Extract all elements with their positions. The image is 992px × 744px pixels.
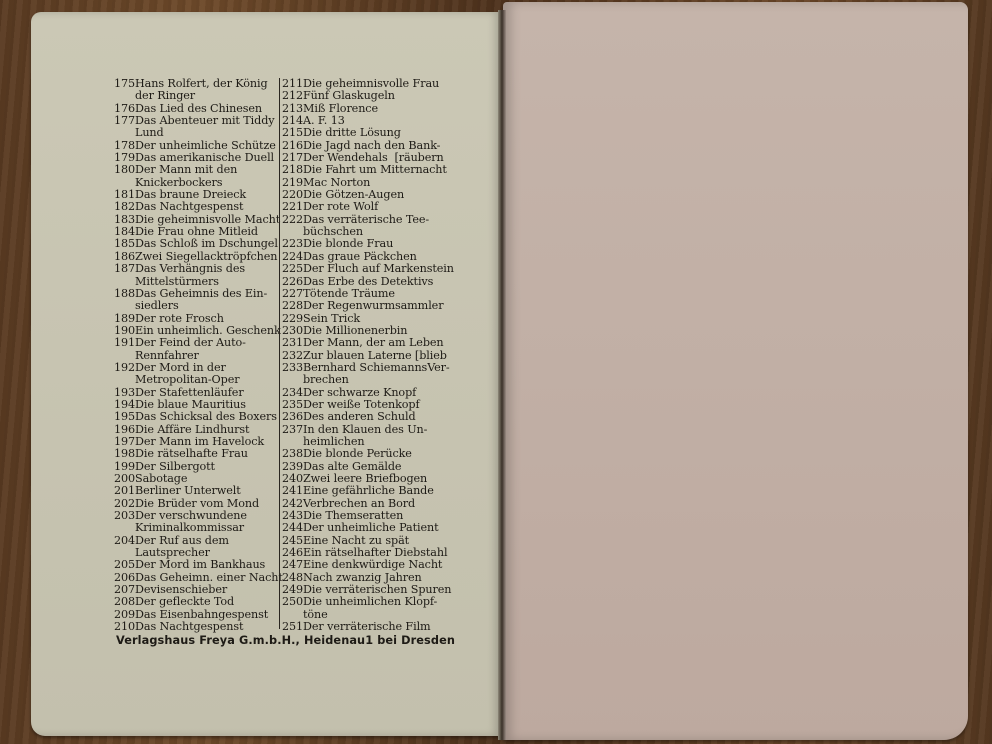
title-list-column-left: 175Hans Rolfert, der Königder Ringer176D… [114, 78, 278, 633]
volume-number: 185 [114, 238, 135, 250]
volume-title: Eine denkwürdige Nacht [303, 559, 454, 571]
list-item: 212Fünf Glaskugeln [282, 90, 454, 102]
list-item: 198Die rätselhafte Frau [114, 448, 278, 460]
volume-title: Die blonde Frau [303, 238, 454, 250]
volume-title-continuation: Lund [114, 127, 278, 139]
publisher-imprint: Verlagshaus Freya G.m.b.H., Heidenau1 be… [116, 634, 456, 647]
volume-title: Die unheimlichen Klopf- [303, 596, 454, 608]
volume-number: 192 [114, 362, 135, 374]
volume-number: 241 [282, 485, 303, 497]
list-item: 182Das Nachtgespenst [114, 201, 278, 213]
volume-title: Der Fluch auf Markenstein [303, 263, 454, 275]
list-item: 228Der Regenwurmsammler [282, 300, 454, 312]
list-item: 236Des anderen Schuld [282, 411, 454, 423]
book-gutter [498, 10, 506, 740]
volume-number: 221 [282, 201, 303, 213]
list-item: 247Eine denkwürdige Nacht [282, 559, 454, 571]
volume-title: Der Mord im Bankhaus [135, 559, 278, 571]
list-item: 201Berliner Unterwelt [114, 485, 278, 497]
list-item: 226Das Erbe des Detektivs [282, 276, 454, 288]
list-item: 210Das Nachtgespenst [114, 621, 278, 633]
volume-title-continuation: Kriminalkommissar [114, 522, 278, 534]
list-item: 208Der gefleckte Tod [114, 596, 278, 608]
volume-number: 212 [282, 90, 303, 102]
volume-number: 223 [282, 238, 303, 250]
list-item: 180Der Mann mit den [114, 164, 278, 176]
volume-number: 175 [114, 78, 135, 90]
volume-number: 208 [114, 596, 135, 608]
volume-number: 187 [114, 263, 135, 275]
list-item: 225Der Fluch auf Markenstein [282, 263, 454, 275]
volume-number: 225 [282, 263, 303, 275]
volume-number: 237 [282, 424, 303, 436]
list-item: 231Der Mann, der am Leben [282, 337, 454, 349]
volume-title: Eine gefährliche Bande [303, 485, 454, 497]
volume-title: Fünf Glaskugeln [303, 90, 454, 102]
volume-title: Das Erbe des Detektivs [303, 276, 454, 288]
volume-title: Die rätselhafte Frau [135, 448, 278, 460]
volume-number: 228 [282, 300, 303, 312]
volume-title: Der verräterische Film [303, 621, 454, 633]
volume-title: Der gefleckte Tod [135, 596, 278, 608]
volume-number: 231 [282, 337, 303, 349]
volume-number: 177 [114, 115, 135, 127]
list-item: 205Der Mord im Bankhaus [114, 559, 278, 571]
volume-number: 236 [282, 411, 303, 423]
volume-title-continuation: brechen [282, 374, 454, 386]
volume-number: 210 [114, 621, 135, 633]
volume-title: Der unheimliche Patient [303, 522, 454, 534]
volume-title-continuation: Mittelstürmers [114, 276, 278, 288]
volume-number: 238 [282, 448, 303, 460]
list-item: 215Die dritte Lösung [282, 127, 454, 139]
volume-number: 222 [282, 214, 303, 226]
volume-number: 233 [282, 362, 303, 374]
volume-number: 215 [282, 127, 303, 139]
volume-number: 182 [114, 201, 135, 213]
volume-number: 226 [282, 276, 303, 288]
volume-title-continuation: siedlers [114, 300, 278, 312]
right-page-blank [503, 2, 968, 740]
volume-number: 251 [282, 621, 303, 633]
volume-title: Der rote Wolf [303, 201, 454, 213]
volume-title-continuation: Metropolitan-Oper [114, 374, 278, 386]
list-item: 187Das Verhängnis des [114, 263, 278, 275]
list-item: 218Die Fahrt um Mitternacht [282, 164, 454, 176]
list-item: 238Die blonde Perücke [282, 448, 454, 460]
list-item: 241Eine gefährliche Bande [282, 485, 454, 497]
volume-title: Das Nachtgespenst [135, 621, 278, 633]
volume-number: 180 [114, 164, 135, 176]
volume-title: Der Regenwurmsammler [303, 300, 454, 312]
volume-title: Der Mann, der am Leben [303, 337, 454, 349]
volume-number: 195 [114, 411, 135, 423]
volume-number: 198 [114, 448, 135, 460]
list-item: 221Der rote Wolf [282, 201, 454, 213]
list-item: 251Der verräterische Film [282, 621, 454, 633]
volume-number: 244 [282, 522, 303, 534]
volume-title: Das Verhängnis des [135, 263, 278, 275]
volume-title-continuation: der Ringer [114, 90, 278, 102]
volume-title: Die blonde Perücke [303, 448, 454, 460]
volume-title: Die dritte Lösung [303, 127, 454, 139]
volume-title: Der Feind der Auto- [135, 337, 278, 349]
volume-title: Berliner Unterwelt [135, 485, 278, 497]
volume-title: Das Nachtgespenst [135, 201, 278, 213]
volume-number: 203 [114, 510, 135, 522]
title-list-column-right: 211Die geheimnisvolle Frau212Fünf Glasku… [279, 78, 454, 629]
volume-title: Des anderen Schuld [303, 411, 454, 423]
volume-number: 188 [114, 288, 135, 300]
volume-number: 218 [282, 164, 303, 176]
volume-title: Das Schicksal des Boxers [135, 411, 278, 423]
volume-title: Das Schloß im Dschungel [135, 238, 278, 250]
volume-number: 204 [114, 535, 135, 547]
volume-number: 247 [282, 559, 303, 571]
volume-number: 191 [114, 337, 135, 349]
list-item: 195Das Schicksal des Boxers [114, 411, 278, 423]
volume-title: Der Mann mit den [135, 164, 278, 176]
list-item: 191Der Feind der Auto- [114, 337, 278, 349]
volume-number: 205 [114, 559, 135, 571]
list-item: 244Der unheimliche Patient [282, 522, 454, 534]
list-item: 250Die unheimlichen Klopf- [282, 596, 454, 608]
list-item: 223Die blonde Frau [282, 238, 454, 250]
volume-number: 201 [114, 485, 135, 497]
volume-number: 250 [282, 596, 303, 608]
list-item: 185Das Schloß im Dschungel [114, 238, 278, 250]
volume-title: Die Fahrt um Mitternacht [303, 164, 454, 176]
